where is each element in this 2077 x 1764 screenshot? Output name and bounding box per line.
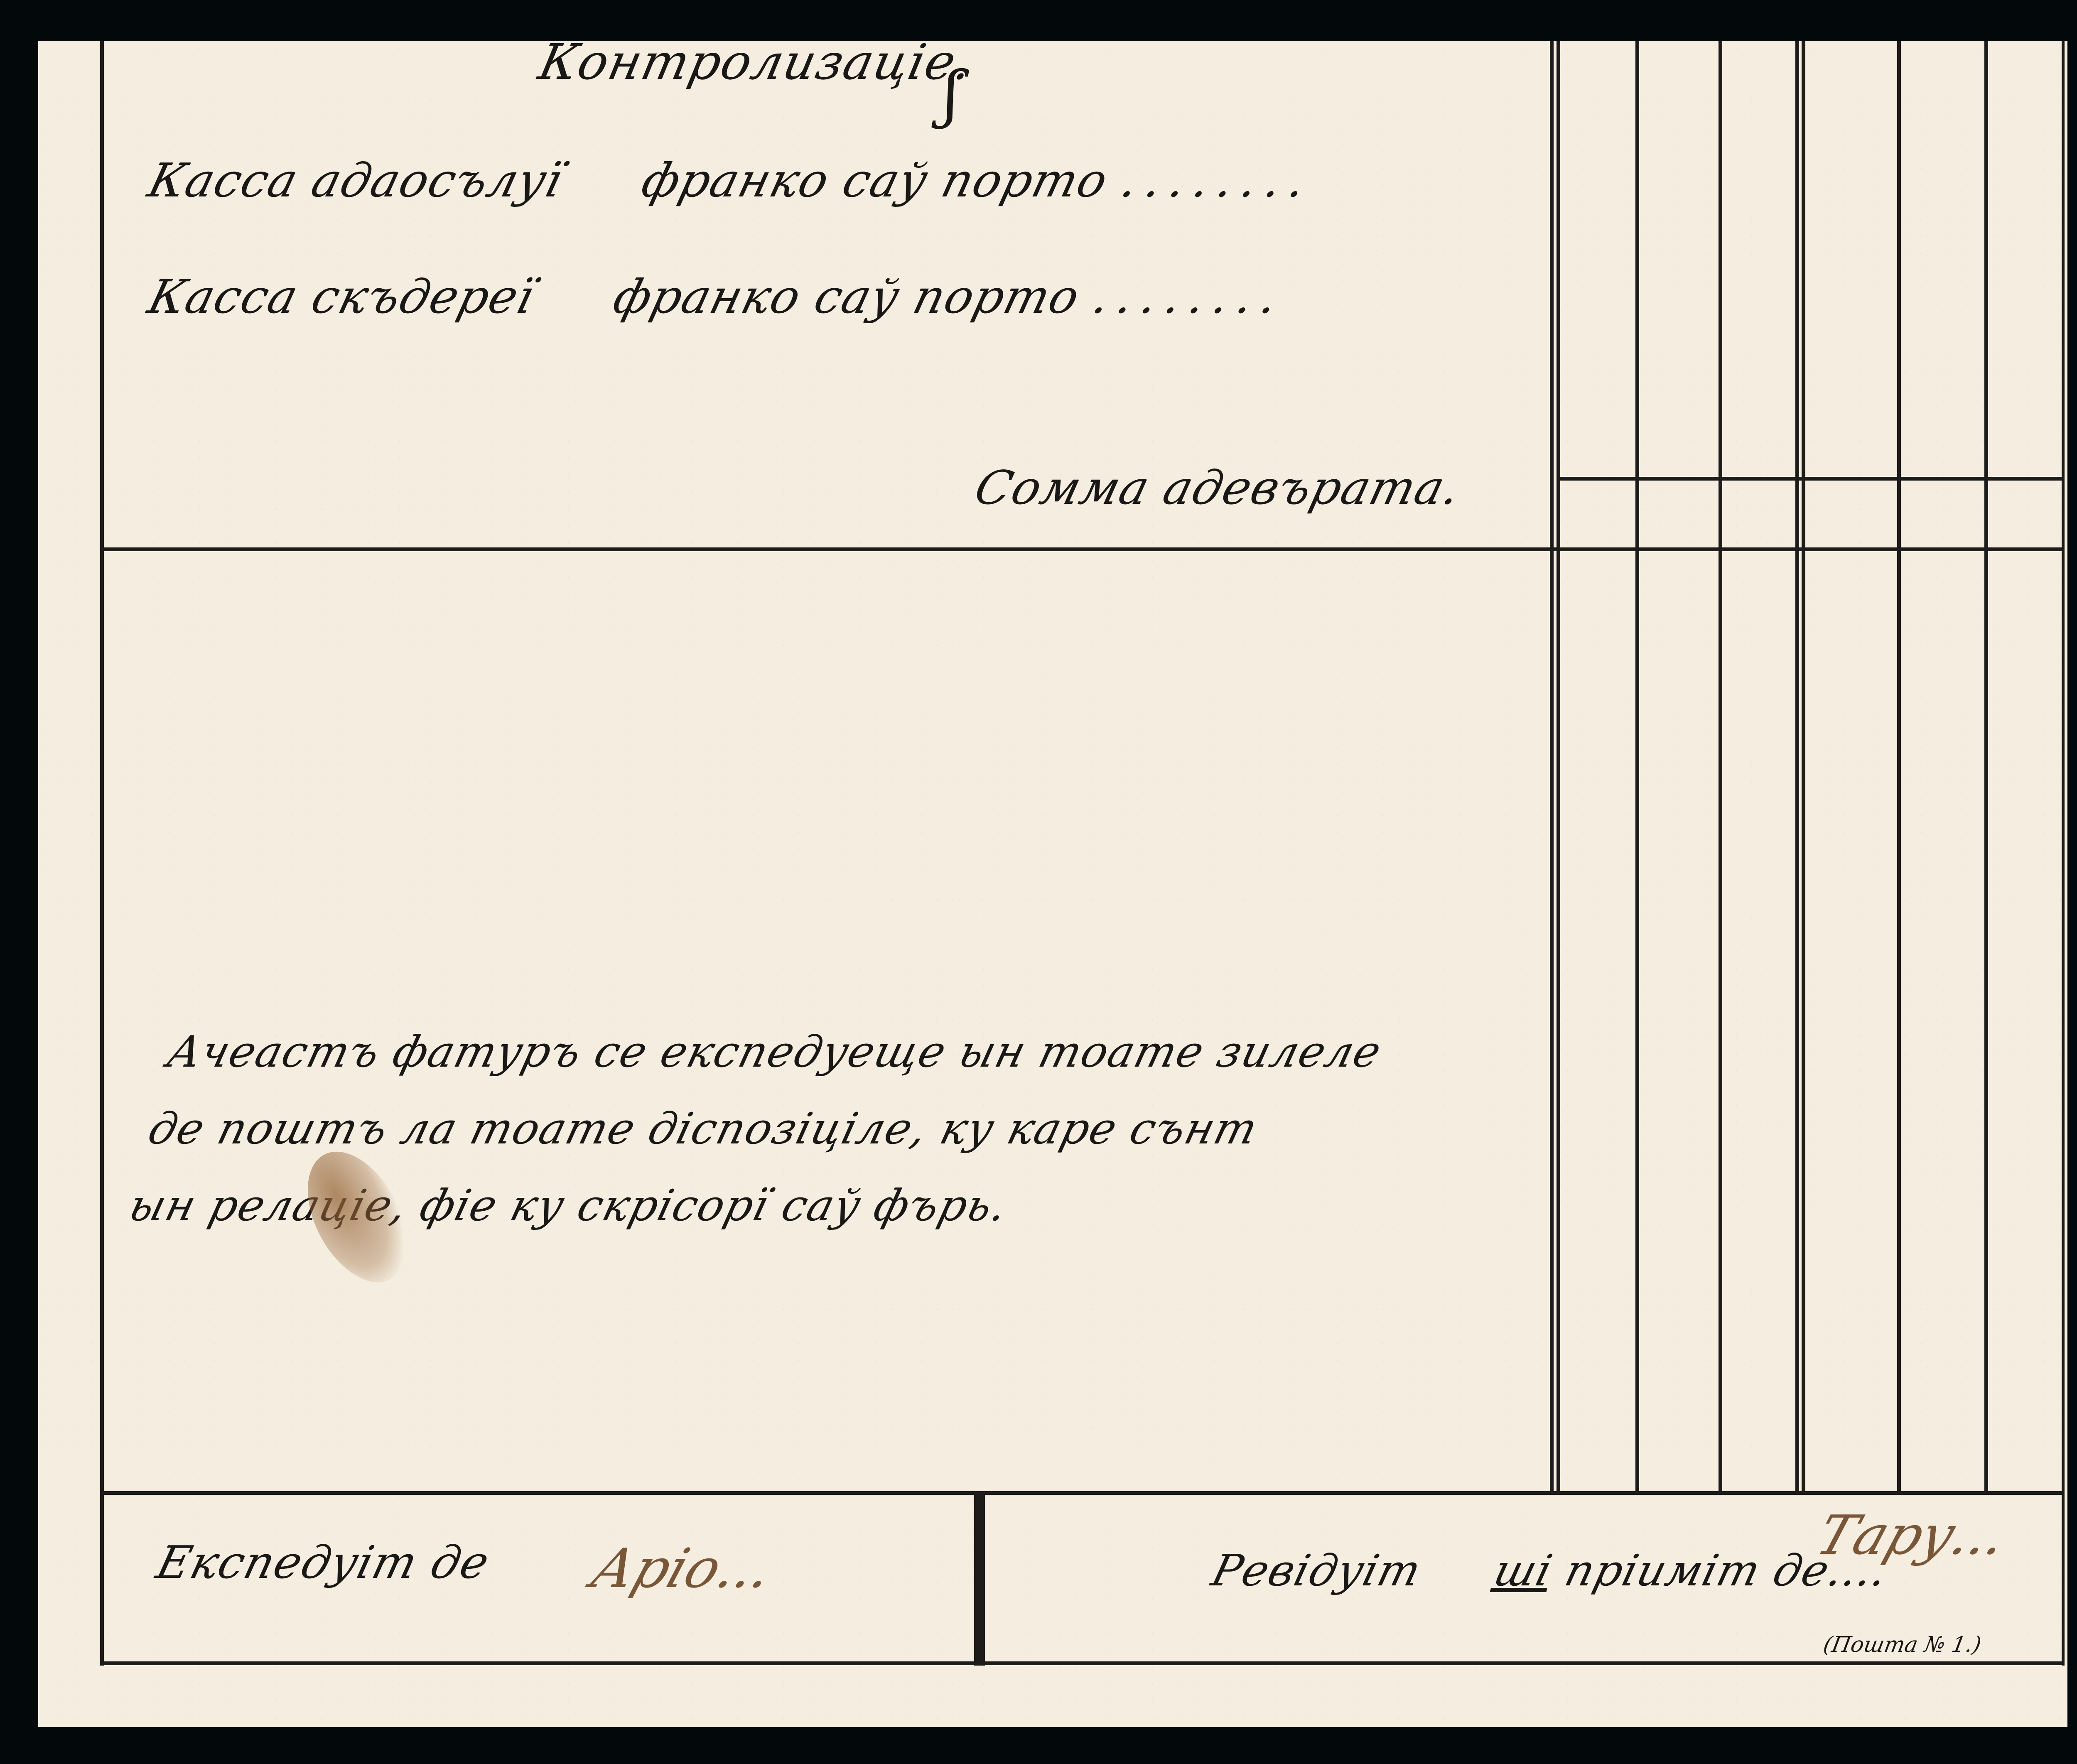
- grid-col-line-6: [1984, 41, 1988, 1494]
- row-2-leader: ........: [1088, 270, 1292, 324]
- received-and: ші: [1489, 1545, 1558, 1596]
- title-flourish: ʃ: [943, 58, 961, 130]
- received-label-2: пріиміт де: [1560, 1545, 1835, 1596]
- sent-by-label: Експедуіт де: [151, 1537, 495, 1589]
- row-2-label: Касса скъдереї франко саў порто ........: [143, 270, 1292, 324]
- grid-col-line-1b: [1557, 41, 1560, 1494]
- notice-line-1: Ачеастъ фатуръ се експедуеще ын тоате зи…: [159, 1013, 1549, 1090]
- row-1-label-a: Касса адаосълуї: [143, 154, 569, 208]
- grid-col-line-4a: [1795, 41, 1799, 1494]
- grid-col-line-3: [1719, 41, 1722, 1494]
- row-1-label-b: франко саў порто: [636, 154, 1114, 208]
- grid-col-line-2: [1635, 41, 1639, 1494]
- footer-bottom-line: [100, 1661, 2065, 1665]
- grid-col-line-1a: [1550, 41, 1554, 1494]
- total-label: Сомма адевърата.: [970, 461, 1467, 515]
- left-border-line: [100, 41, 104, 1666]
- row-2-label-a: Касса скъдереї: [143, 270, 540, 324]
- sender-signature: Аріо...: [584, 1537, 781, 1600]
- grid-col-line-5: [1897, 41, 1901, 1494]
- top-section-bottom-line: [102, 547, 2065, 551]
- row-2-label-b: франко саў порто: [608, 270, 1085, 324]
- received-by-label: Ревідуіт ші пріиміт де....: [1207, 1545, 1893, 1596]
- form-title: Контролизаціе.: [534, 33, 978, 91]
- row-1-leader: ........: [1116, 154, 1321, 208]
- grid-col-line-4b: [1802, 41, 1805, 1494]
- grid-total-row-line: [1557, 477, 2064, 481]
- grid-right-border: [2062, 41, 2065, 1666]
- post-number: (Пошта № 1.): [1822, 1632, 1983, 1657]
- footer-divider: [974, 1491, 985, 1666]
- row-1-label: Касса адаосълуї франко саў порто .......…: [143, 154, 1321, 208]
- footer-top-line: [102, 1491, 2065, 1495]
- receiver-signature: Тару...: [1809, 1504, 2015, 1567]
- received-label: Ревідуіт: [1207, 1545, 1427, 1596]
